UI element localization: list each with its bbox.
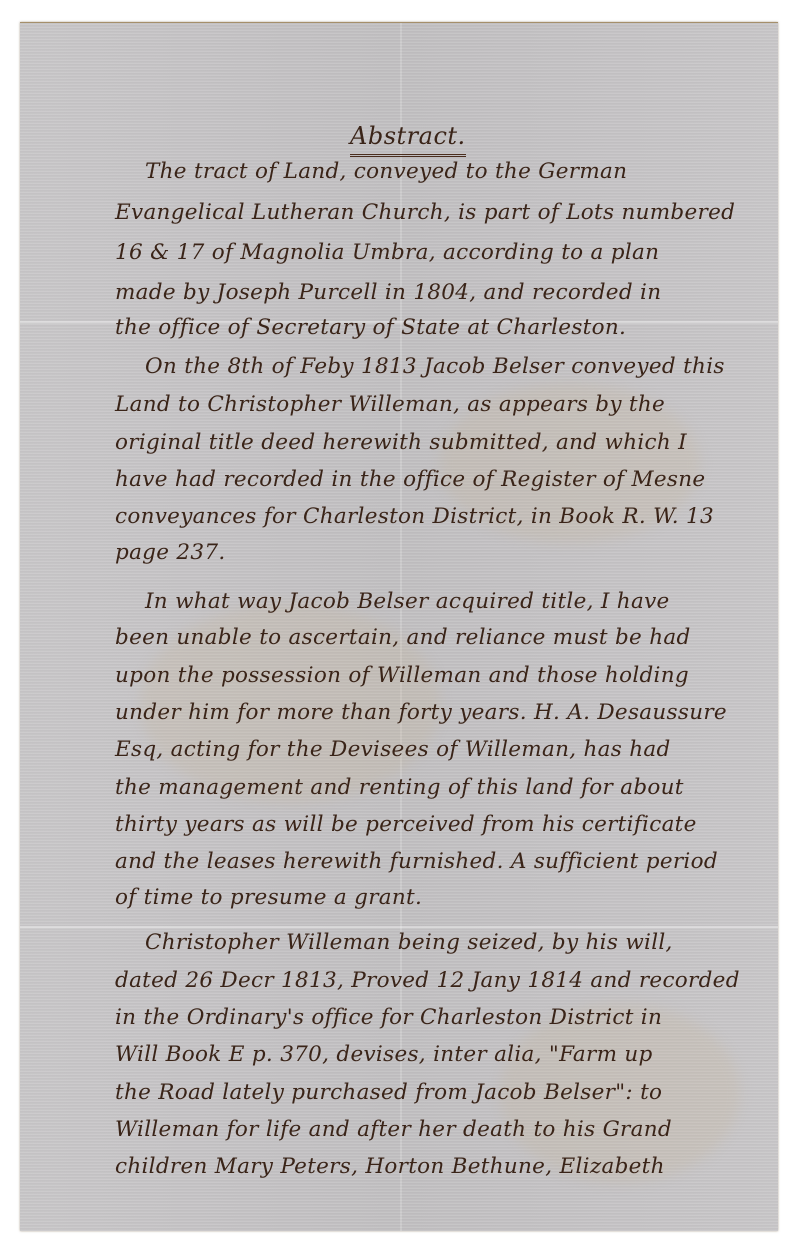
text-line: the office of Secretary of State at Char…: [115, 315, 626, 340]
text-line: under him for more than forty years. H. …: [115, 700, 727, 725]
text-line: been unable to ascertain, and reliance m…: [115, 625, 691, 650]
paper-fold: [20, 926, 778, 929]
text-line: conveyances for Charleston District, in …: [115, 504, 714, 529]
text-line: On the 8th of Feby 1813 Jacob Belser con…: [145, 354, 725, 379]
text-line: of time to presume a grant.: [115, 885, 422, 910]
text-line: Will Book E p. 370, devises, inter alia,…: [115, 1042, 653, 1067]
text-line: in the Ordinary's office for Charleston …: [115, 1005, 662, 1030]
text-line: have had recorded in the office of Regis…: [115, 467, 705, 492]
text-line: The tract of Land, conveyed to the Germa…: [145, 159, 627, 184]
text-line: children Mary Peters, Horton Bethune, El…: [115, 1154, 665, 1179]
text-line: 16 & 17 of Magnolia Umbra, according to …: [115, 240, 659, 265]
text-line: Land to Christopher Willeman, as appears…: [115, 392, 665, 417]
text-line: the Road lately purchased from Jacob Bel…: [115, 1080, 662, 1105]
text-line: made by Joseph Purcell in 1804, and reco…: [115, 280, 661, 305]
text-line: Christopher Willeman being seized, by hi…: [145, 930, 673, 955]
document-title: Abstract.: [350, 122, 466, 157]
text-line: upon the possession of Willeman and thos…: [115, 663, 689, 688]
text-line: Esq, acting for the Devisees of Willeman…: [115, 737, 671, 762]
text-line: Willeman for life and after her death to…: [115, 1117, 672, 1142]
text-line: original title deed herewith submitted, …: [115, 430, 687, 455]
text-line: In what way Jacob Belser acquired title,…: [145, 589, 670, 614]
text-line: dated 26 Decr 1813, Proved 12 Jany 1814 …: [115, 968, 740, 993]
text-line: the management and renting of this land …: [115, 775, 684, 800]
text-line: page 237.: [115, 540, 225, 565]
text-line: Evangelical Lutheran Church, is part of …: [115, 200, 735, 225]
text-line: and the leases herewith furnished. A suf…: [115, 849, 718, 874]
text-line: thirty years as will be perceived from h…: [115, 812, 697, 837]
